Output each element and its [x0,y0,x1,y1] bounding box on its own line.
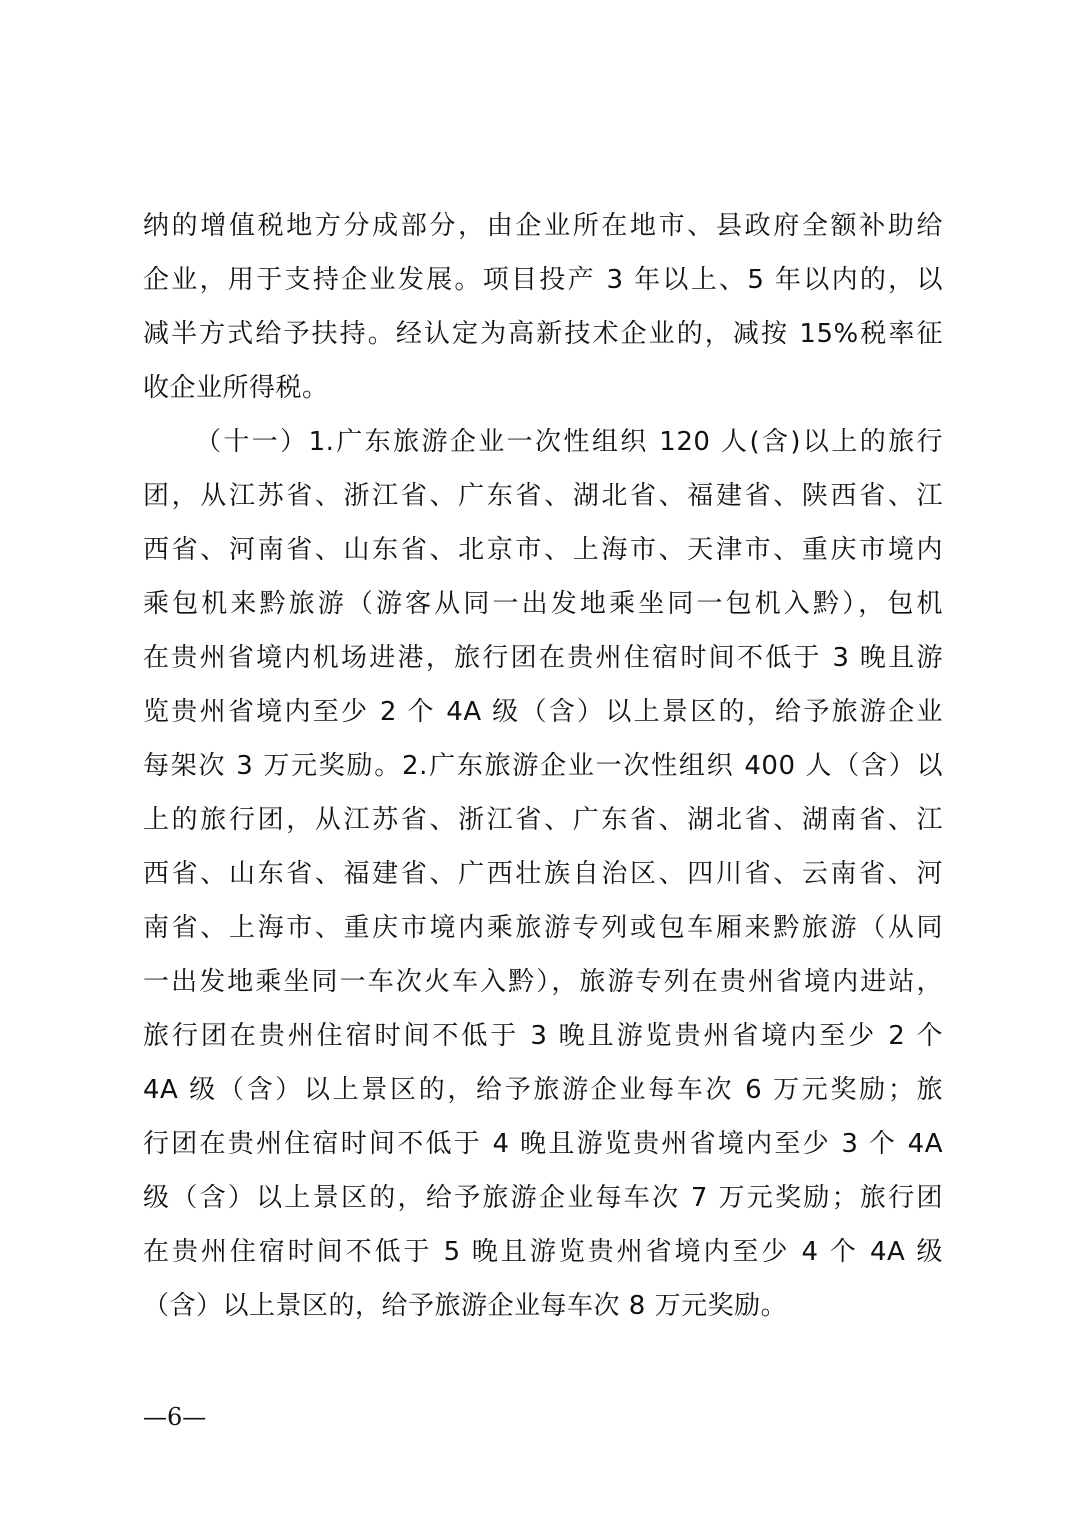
document-page: 纳的增值税地方分成部分，由企业所在地市、县政府全额补助给 企业，用于支持企业发展… [0,0,1074,1520]
text-line: 在贵州省境内机场进港，旅行团在贵州住宿时间不低于 3 晚且游 [143,631,943,685]
text-line: 级（含）以上景区的，给予旅游企业每车次 7 万元奖励；旅行团 [143,1171,943,1225]
text-line: 西省、河南省、山东省、北京市、上海市、天津市、重庆市境内 [143,523,943,577]
text-line: 收企业所得税。 [143,361,943,415]
text-line: 上的旅行团，从江苏省、浙江省、广东省、湖北省、湖南省、江 [143,793,943,847]
text-line: （十一）1.广东旅游企业一次性组织 120 人(含)以上的旅行 [143,415,943,469]
text-line: 每架次 3 万元奖励。2.广东旅游企业一次性组织 400 人（含）以 [143,739,943,793]
body-text: 纳的增值税地方分成部分，由企业所在地市、县政府全额补助给 企业，用于支持企业发展… [143,199,943,1333]
text-line: 纳的增值税地方分成部分，由企业所在地市、县政府全额补助给 [143,199,943,253]
text-line: 南省、上海市、重庆市境内乘旅游专列或包车厢来黔旅游（从同 [143,901,943,955]
text-line: 旅行团在贵州住宿时间不低于 3 晚且游览贵州省境内至少 2 个 [143,1009,943,1063]
text-line: 在贵州住宿时间不低于 5 晚且游览贵州省境内至少 4 个 4A 级 [143,1225,943,1279]
text-line: 一出发地乘坐同一车次火车入黔），旅游专列在贵州省境内进站， [143,955,943,1009]
text-line: 4A 级（含）以上景区的，给予旅游企业每车次 6 万元奖励；旅 [143,1063,943,1117]
text-line: 乘包机来黔旅游（游客从同一出发地乘坐同一包机入黔），包机 [143,577,943,631]
text-line: 团，从江苏省、浙江省、广东省、湖北省、福建省、陕西省、江 [143,469,943,523]
text-line: 企业，用于支持企业发展。项目投产 3 年以上、5 年以内的，以 [143,253,943,307]
text-line: （含）以上景区的，给予旅游企业每车次 8 万元奖励。 [143,1279,943,1333]
text-line: 减半方式给予扶持。经认定为高新技术企业的，减按 15%税率征 [143,307,943,361]
text-line: 西省、山东省、福建省、广西壮族自治区、四川省、云南省、河 [143,847,943,901]
text-line: 览贵州省境内至少 2 个 4A 级（含）以上景区的，给予旅游企业 [143,685,943,739]
text-line: 行团在贵州住宿时间不低于 4 晚且游览贵州省境内至少 3 个 4A [143,1117,943,1171]
page-number: —6— [143,1402,206,1432]
